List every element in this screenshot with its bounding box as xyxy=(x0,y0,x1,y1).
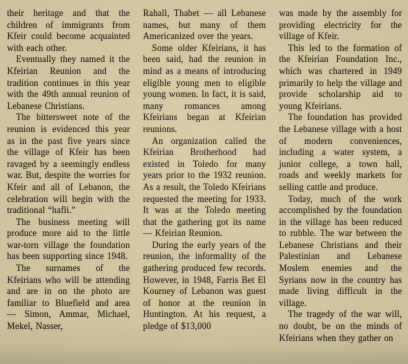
article-paragraph: Some older Kfeirians, it has been said, … xyxy=(143,43,266,136)
article-paragraph: Today, much of the work accomplished by … xyxy=(279,194,402,310)
article-paragraph: This led to the formation of the Kfeiria… xyxy=(279,43,402,113)
article-paragraph: An organization called the Kfeirian Brot… xyxy=(143,136,266,240)
article-column-2: Rahall, Thabet — all Lebanese names, but… xyxy=(143,8,266,364)
article-column-1: their heritage and that the children of … xyxy=(7,8,130,364)
article-paragraph: The foundation has provided the Lebanese… xyxy=(279,112,402,193)
article-paragraph: Rahall, Thabet — all Lebanese names, but… xyxy=(143,8,266,43)
article-paragraph: their heritage and that the children of … xyxy=(7,8,130,54)
article-paragraph: The tragedy of the war will, no doubt, b… xyxy=(279,309,402,344)
article-paragraph: Eventually they named it the Kfeirian Re… xyxy=(7,54,130,112)
article-paragraph: The surnames of the Kfeirians who will b… xyxy=(7,263,130,333)
article-paragraph: was made by the assembly for providing e… xyxy=(279,8,402,43)
article-paragraph: During the early years of the reunion, t… xyxy=(143,240,266,333)
article-columns: their heritage and that the children of … xyxy=(7,8,402,364)
newspaper-scan-page: their heritage and that the children of … xyxy=(0,0,408,364)
article-paragraph: The bittersweet note of the reunion is e… xyxy=(7,112,130,216)
article-paragraph: The business meeting will produce more a… xyxy=(7,217,130,263)
article-column-3: was made by the assembly for providing e… xyxy=(279,8,402,364)
